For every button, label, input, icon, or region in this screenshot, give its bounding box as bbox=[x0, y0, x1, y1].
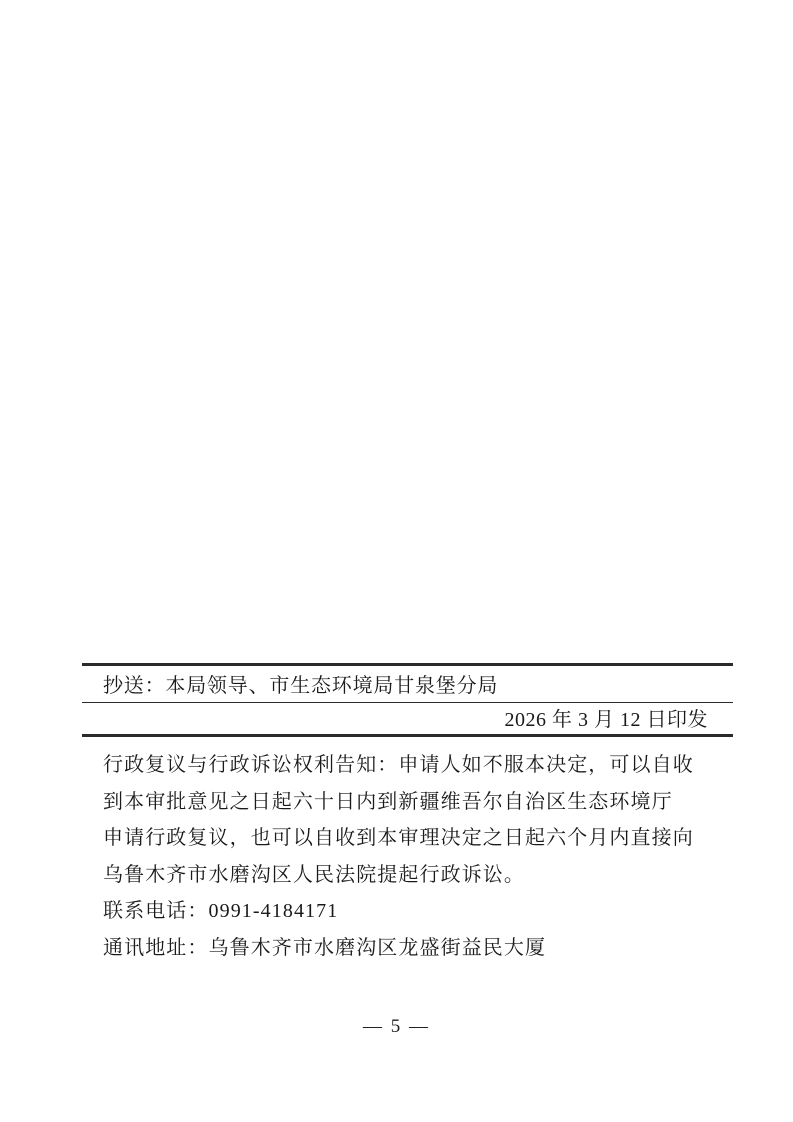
contact-address-line: 通讯地址：乌鲁木齐市水磨沟区龙盛街益民大厦 bbox=[103, 930, 697, 967]
cc-section-middle-rule bbox=[82, 702, 733, 704]
cc-section-bottom-rule bbox=[82, 734, 733, 737]
rights-notice-line: 行政复议与行政诉讼权利告知：申请人如不服本决定，可以自收 bbox=[103, 747, 697, 784]
cc-recipients-line: 抄送：本局领导、市生态环境局甘泉堡分局 bbox=[103, 671, 498, 701]
rights-notice-block: 行政复议与行政诉讼权利告知：申请人如不服本决定，可以自收 到本审批意见之日起六十… bbox=[103, 747, 697, 967]
cc-section-top-rule bbox=[82, 663, 733, 666]
contact-phone-line: 联系电话：0991-4184171 bbox=[103, 893, 697, 930]
rights-notice-line: 乌鲁木齐市水磨沟区人民法院提起行政诉讼。 bbox=[103, 857, 697, 894]
rights-notice-line: 申请行政复议，也可以自收到本审理决定之日起六个月内直接向 bbox=[103, 820, 697, 857]
print-date-line: 2026 年 3 月 12 日印发 bbox=[505, 707, 709, 734]
rights-notice-line: 到本审批意见之日起六十日内到新疆维吾尔自治区生态环境厅 bbox=[103, 784, 697, 821]
page-number: — 5 — bbox=[0, 1012, 793, 1042]
document-page: 抄送：本局领导、市生态环境局甘泉堡分局 2026 年 3 月 12 日印发 行政… bbox=[0, 0, 793, 1122]
